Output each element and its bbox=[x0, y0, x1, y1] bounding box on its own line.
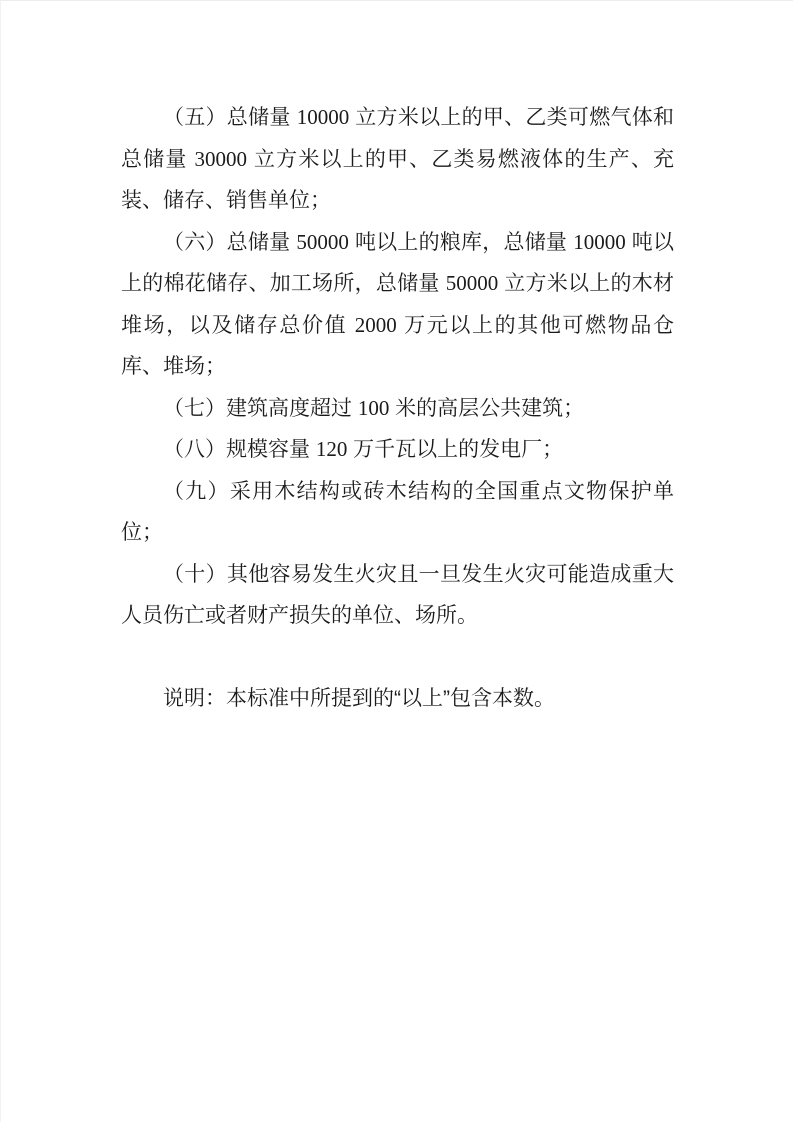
paragraph-note: 说明：本标准中所提到的“以上”包含本数。 bbox=[121, 678, 674, 720]
numeric-value: 120 bbox=[316, 437, 348, 461]
numeric-value: 10000 bbox=[297, 105, 350, 129]
paragraph-item-8: （八）规模容量 120 万千瓦以上的发电厂； bbox=[121, 429, 674, 471]
numeric-value: 10000 bbox=[573, 230, 626, 254]
paragraph-item-10: （十）其他容易发生火灾且一旦发生火灾可能造成重大人员伤亡或者财产损失的单位、场所… bbox=[121, 554, 674, 637]
numeric-value: 50000 bbox=[446, 271, 499, 295]
numeric-value: 30000 bbox=[195, 147, 248, 171]
document-body: （五）总储量 10000 立方米以上的甲、乙类可燃气体和总储量 30000 立方… bbox=[1, 1, 793, 720]
numeric-value: 2000 bbox=[355, 313, 397, 337]
numeric-value: 100 bbox=[358, 396, 390, 420]
document-page: （五）总储量 10000 立方米以上的甲、乙类可燃气体和总储量 30000 立方… bbox=[0, 0, 793, 1122]
paragraph-item-6: （六）总储量 50000 吨以上的粮库，总储量 10000 吨以上的棉花储存、加… bbox=[121, 222, 674, 388]
paragraph-item-5: （五）总储量 10000 立方米以上的甲、乙类可燃气体和总储量 30000 立方… bbox=[121, 97, 674, 222]
numeric-value: 50000 bbox=[296, 230, 349, 254]
paragraph-item-7: （七）建筑高度超过 100 米的高层公共建筑； bbox=[121, 388, 674, 430]
paragraph-item-9: （九）采用木结构或砖木结构的全国重点文物保护单位； bbox=[121, 471, 674, 554]
